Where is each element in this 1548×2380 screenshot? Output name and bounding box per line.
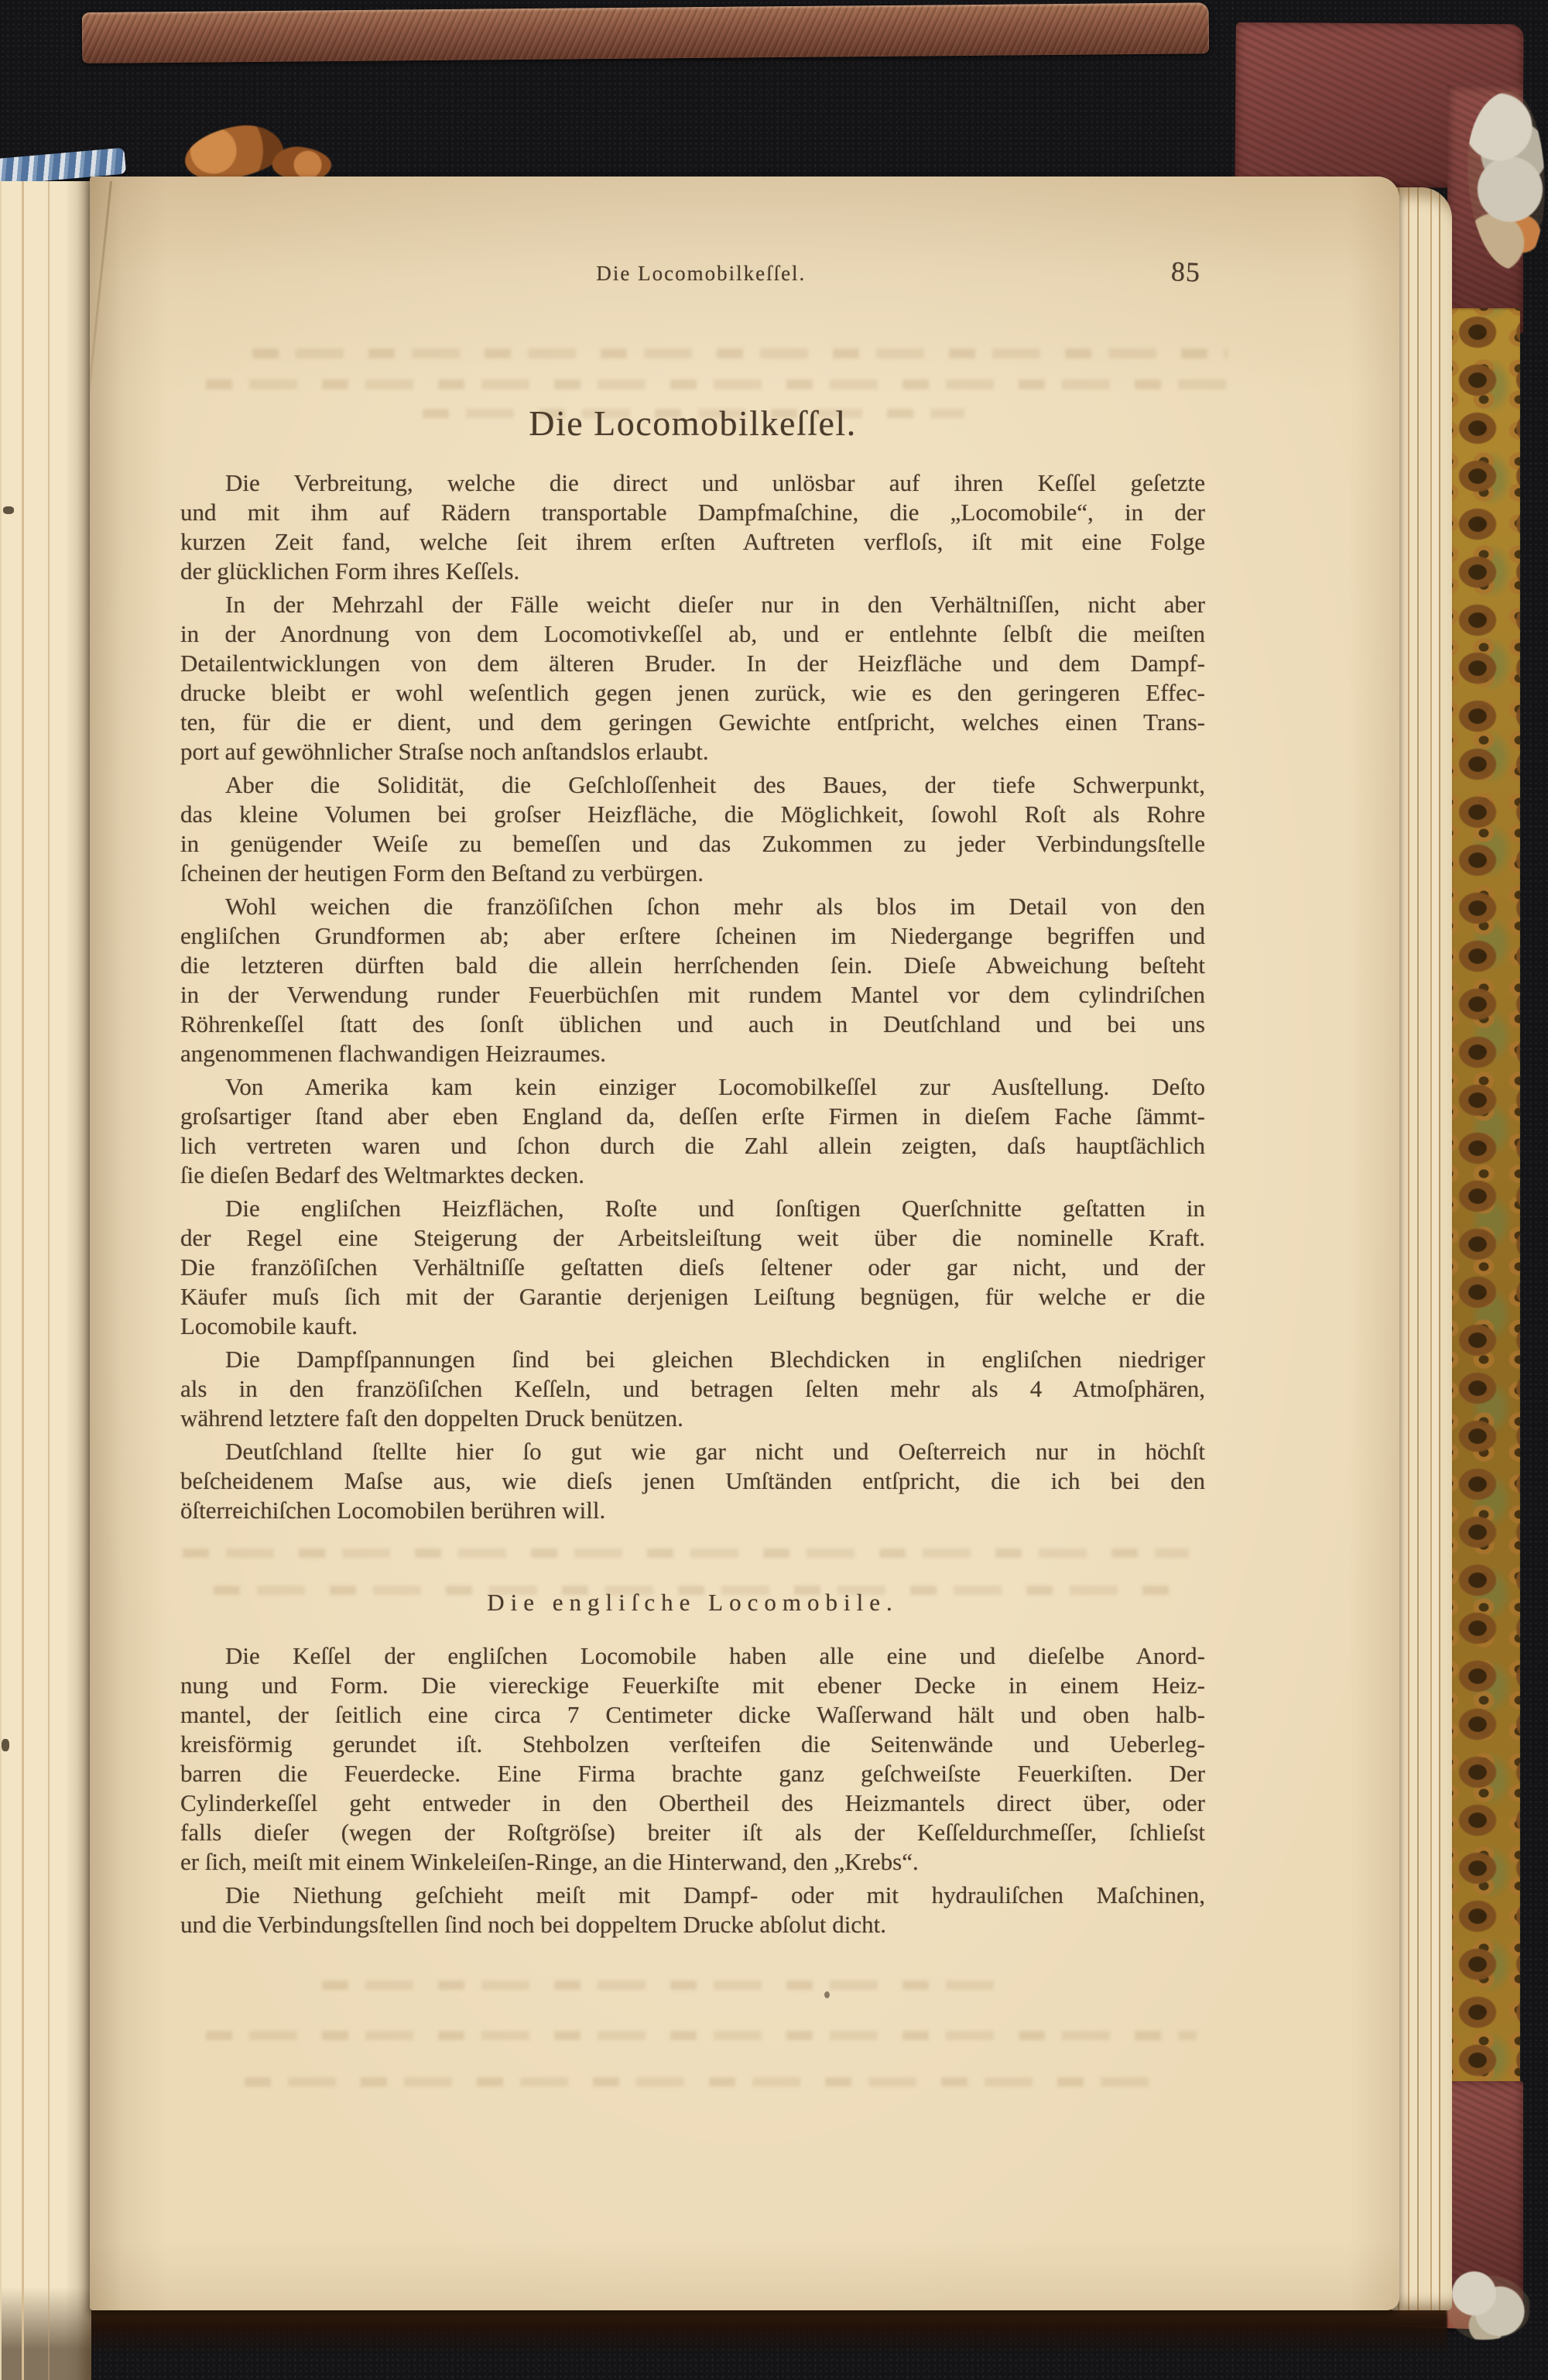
page-number: 85 <box>1170 255 1200 288</box>
text-line: und die Verbindungsſtellen ſind noch bei… <box>180 1910 1205 1939</box>
text-line: Die engliſchen Heizflächen, Roſte und ſo… <box>180 1194 1205 1223</box>
page-edge-stack <box>1392 187 1452 2310</box>
text-line: Von Amerika kam kein einziger Locomobilk… <box>180 1072 1205 1102</box>
page-bottom-shadow <box>54 2306 1447 2355</box>
paragraph: Die engliſchen Heizflächen, Roſte und ſo… <box>180 1194 1205 1341</box>
paragraph: Von Amerika kam kein einziger Locomobilk… <box>180 1072 1205 1190</box>
text-line: lich vertreten waren und ſchon durch die… <box>180 1131 1205 1161</box>
text-line: Die Niethung geſchieht meiſt mit Dampf- … <box>180 1881 1205 1910</box>
text-column: Die Locomobilkeſſel. 85 Die Locomobilkeſ… <box>180 262 1205 1943</box>
bleedthrough-ghost <box>206 2031 1197 2040</box>
text-line: Die Keſſel der engliſchen Locomobile hab… <box>180 1641 1205 1671</box>
text-line: Die franzöſiſchen Verhältniſſe geſtatten… <box>180 1253 1205 1282</box>
edge-mark <box>2 1739 9 1751</box>
paper-flake <box>181 119 287 185</box>
edge-mark <box>3 506 14 514</box>
page-header: Die Locomobilkeſſel. 85 <box>180 262 1205 294</box>
text-line: der Regel eine Steigerung der Arbeitslei… <box>180 1223 1205 1253</box>
bleedthrough-ghost <box>322 1980 1019 1990</box>
text-line: angenommenen flachwandigen Heizraumes. <box>180 1039 1205 1068</box>
text-line: mantel, der ſeitlich eine circa 7 Centim… <box>180 1700 1205 1730</box>
text-line: kurzen Zeit fand, welche ſeit ihrem erſt… <box>180 527 1205 557</box>
text-line: während letztere faſt den doppelten Druc… <box>180 1404 1205 1433</box>
text-line: und mit ihm auf Rädern transportable Dam… <box>180 498 1205 527</box>
section-heading: Die engliſche Locomobile. <box>180 1587 1205 1618</box>
page-title: Die Locomobilkeſſel. <box>180 403 1205 444</box>
marbled-cover-strip <box>1449 308 1520 2086</box>
text-line: falls dieſer (wegen der Roſtgröſse) brei… <box>180 1818 1205 1847</box>
paragraph: Die Niethung geſchieht meiſt mit Dampf- … <box>180 1881 1205 1939</box>
paragraph: Deutſchland ſtellte hier ſo gut wie gar … <box>180 1437 1205 1525</box>
paragraph: Die Verbreitung, welche die direct und u… <box>180 468 1205 586</box>
text-line: drucke bleibt er wohl weſentlich gegen j… <box>180 678 1205 708</box>
text-line: port auf gewöhnlicher Straſse noch anſta… <box>180 737 1205 766</box>
text-line: In der Mehrzahl der Fälle weicht dieſer … <box>180 590 1205 619</box>
text-line: Wohl weichen die franzöſiſchen ſchon meh… <box>180 892 1205 921</box>
text-line: als in den franzöſiſchen Keſſeln, und be… <box>180 1374 1205 1404</box>
text-line: beſcheidenem Maſse aus, wie dieſs jenen … <box>180 1466 1205 1496</box>
paragraph: Die Keſſel der engliſchen Locomobile hab… <box>180 1641 1205 1877</box>
text-line: Die Verbreitung, welche die direct und u… <box>180 468 1205 498</box>
paragraph: Aber die Solidität, die Geſchloſſenheit … <box>180 770 1205 888</box>
text-line: die letzteren dürften bald die allein he… <box>180 951 1205 980</box>
page-crease <box>90 181 112 520</box>
text-line: ſie dieſen Bedarf des Weltmarktes decken… <box>180 1161 1205 1190</box>
paragraph: Wohl weichen die franzöſiſchen ſchon meh… <box>180 892 1205 1068</box>
text-line: er ſich, meiſt mit einem Winkeleiſen-Rin… <box>180 1847 1205 1877</box>
text-line: barren die Feuerdecke. Eine Firma bracht… <box>180 1759 1205 1788</box>
text-line: Detailentwicklungen von dem älteren Brud… <box>180 649 1205 678</box>
scanned-book-photo: { "book": { "running_head": "Die Locomob… <box>0 0 1548 2380</box>
book-spine-top-leather <box>82 2 1210 63</box>
text-line: in genügender Weiſe zu bemeſſen und das … <box>180 829 1205 859</box>
text-line: in der Anordnung von dem Locomotivkeſſel… <box>180 619 1205 649</box>
bleedthrough-ghost <box>245 2077 1173 2087</box>
paragraphs-before: Die Verbreitung, welche die direct und u… <box>180 468 1205 1525</box>
text-line: Käufer muſs ſich mit der Garantie derjen… <box>180 1282 1205 1312</box>
text-line: der glücklichen Form ihres Keſſels. <box>180 557 1205 586</box>
text-line: das kleine Volumen bei groſser Heizfläch… <box>180 800 1205 829</box>
frayed-corner <box>1444 2269 1529 2340</box>
text-line: kreisförmig gerundet iſt. Stehbolzen ver… <box>180 1730 1205 1759</box>
text-line: Die Dampfſpannungen ſind bei gleichen Bl… <box>180 1345 1205 1374</box>
paragraph: Die Dampfſpannungen ſind bei gleichen Bl… <box>180 1345 1205 1433</box>
text-line: Aber die Solidität, die Geſchloſſenheit … <box>180 770 1205 800</box>
paragraph: In der Mehrzahl der Fälle weicht dieſer … <box>180 590 1205 766</box>
text-line: groſsartiger ſtand aber eben England da,… <box>180 1102 1205 1131</box>
text-line: in der Verwendung runder Feuerbüchſen mi… <box>180 980 1205 1010</box>
text-line: Cylinderkeſſel geht entweder in den Ober… <box>180 1788 1205 1818</box>
text-line: ten, für die er dient, und dem geringen … <box>180 708 1205 737</box>
ink-dot <box>824 1991 830 1998</box>
book-page: Die Locomobilkeſſel. 85 Die Locomobilkeſ… <box>90 177 1399 2310</box>
text-line: öſterreichiſchen Locomobilen berühren wi… <box>180 1496 1205 1525</box>
text-line: engliſchen Grundformen ab; aber erſtere … <box>180 921 1205 951</box>
running-head: Die Locomobilkeſſel. <box>596 262 806 286</box>
text-line: Deutſchland ſtellte hier ſo gut wie gar … <box>180 1437 1205 1466</box>
text-line: nung und Form. Die viereckige Feuerkiſte… <box>180 1671 1205 1700</box>
paragraphs-after: Die Keſſel der engliſchen Locomobile hab… <box>180 1641 1205 1939</box>
text-line: Röhrenkeſſel ſtatt des ſonſt üblichen un… <box>180 1010 1205 1039</box>
text-line: ſcheinen der heutigen Form den Beſtand z… <box>180 859 1205 888</box>
text-line: Locomobile kauft. <box>180 1312 1205 1341</box>
